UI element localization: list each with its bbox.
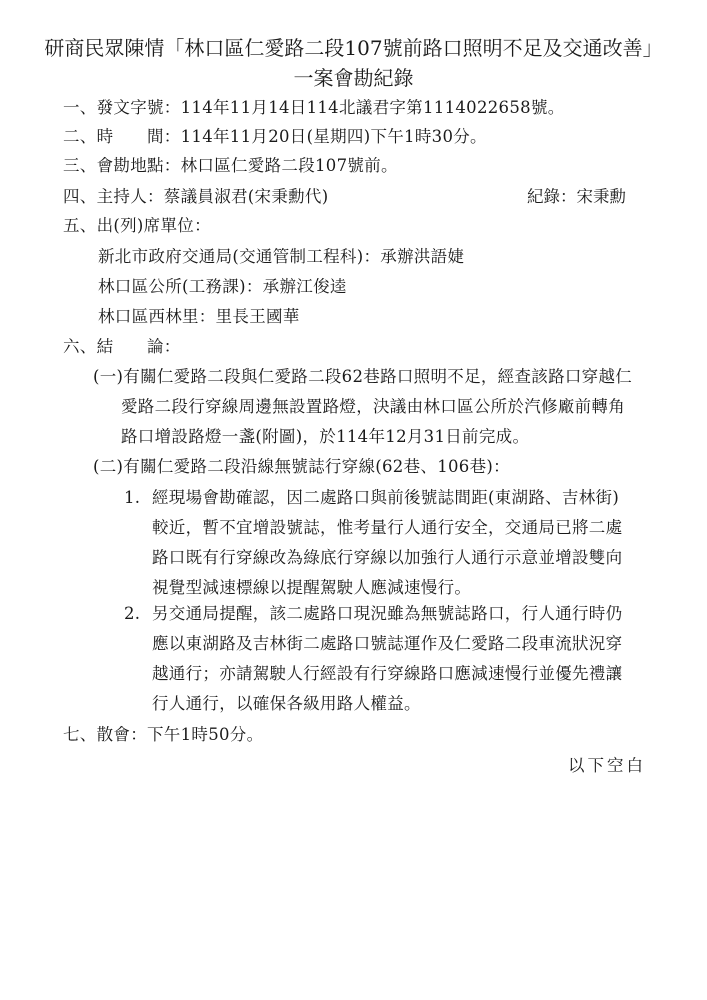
item-location: 三、會勘地點：林口區仁愛路二段107號前。 [63, 155, 398, 177]
sub-item-1-line: 視覺型減速標線以提醒駕駛人應減速慢行。 [152, 577, 471, 599]
sub-item-1-line: 路口既有行穿線改為綠底行穿線以加強行人通行示意並增設雙向 [152, 547, 622, 569]
attendee: 林口區西林里：里長王國華 [98, 306, 300, 328]
sub-item-1-line: 較近，暫不宜增設號誌，惟考量行人通行安全，交通局已將二處 [152, 517, 622, 539]
sub-item-number: 1. [124, 487, 140, 509]
attendee: 新北市政府交通局(交通管制工程科)：承辦洪語婕 [98, 246, 464, 268]
sub-item-2-line: 應以東湖路及吉林街二處路口號誌運作及仁愛路二段車流狀況穿 [152, 633, 622, 655]
document-title: 研商民眾陳情「林口區仁愛路二段107號前路口照明不足及交通改善」 [0, 34, 707, 62]
conclusion-1-line: (一)有關仁愛路二段與仁愛路二段62巷路口照明不足，經查該路口穿越仁 [93, 366, 632, 388]
conclusion-1-line: 愛路二段行穿線周邊無設置路燈，決議由林口區公所於汽修廠前轉角 [121, 396, 625, 418]
document-subtitle: 一案會勘紀錄 [0, 64, 707, 92]
item-adjourn: 七、散會：下午1時50分。 [63, 724, 263, 746]
conclusion-2-heading: (二)有關仁愛路二段沿線無號誌行穿線(62巷、106巷)： [93, 456, 510, 478]
end-note: 以下空白 [568, 755, 646, 777]
item-conclusion-heading: 六、結 論： [63, 336, 181, 358]
item-doc-number: 一、發文字號：114年11月14日114北議君字第1114022658號。 [63, 97, 565, 119]
attendee: 林口區公所(工務課)：承辦江俊逵 [98, 276, 347, 298]
sub-item-2-line: 另交通局提醒，該二處路口現況雖為無號誌路口，行人通行時仍 [152, 603, 622, 625]
sub-item-2-line: 行人通行，以確保各級用路人權益。 [152, 693, 421, 715]
item-host: 四、主持人：蔡議員淑君(宋秉勳代) [63, 186, 328, 208]
sub-item-number: 2. [124, 603, 140, 625]
item-recorder: 紀錄：宋秉勳 [527, 186, 626, 208]
sub-item-1-line: 經現場會勘確認，因二處路口與前後號誌間距(東湖路、吉林街) [152, 487, 619, 509]
conclusion-1-line: 路口增設路燈一盞(附圖)，於114年12月31日前完成。 [121, 426, 529, 448]
sub-item-2-line: 越通行；亦請駕駛人行經設有行穿線路口應減速慢行並優先禮讓 [152, 663, 622, 685]
item-time: 二、時 間：114年11月20日(星期四)下午1時30分。 [63, 126, 487, 148]
item-attendees-heading: 五、出(列)席單位： [63, 215, 211, 237]
document-page: 研商民眾陳情「林口區仁愛路二段107號前路口照明不足及交通改善」 一案會勘紀錄 … [0, 0, 707, 1000]
